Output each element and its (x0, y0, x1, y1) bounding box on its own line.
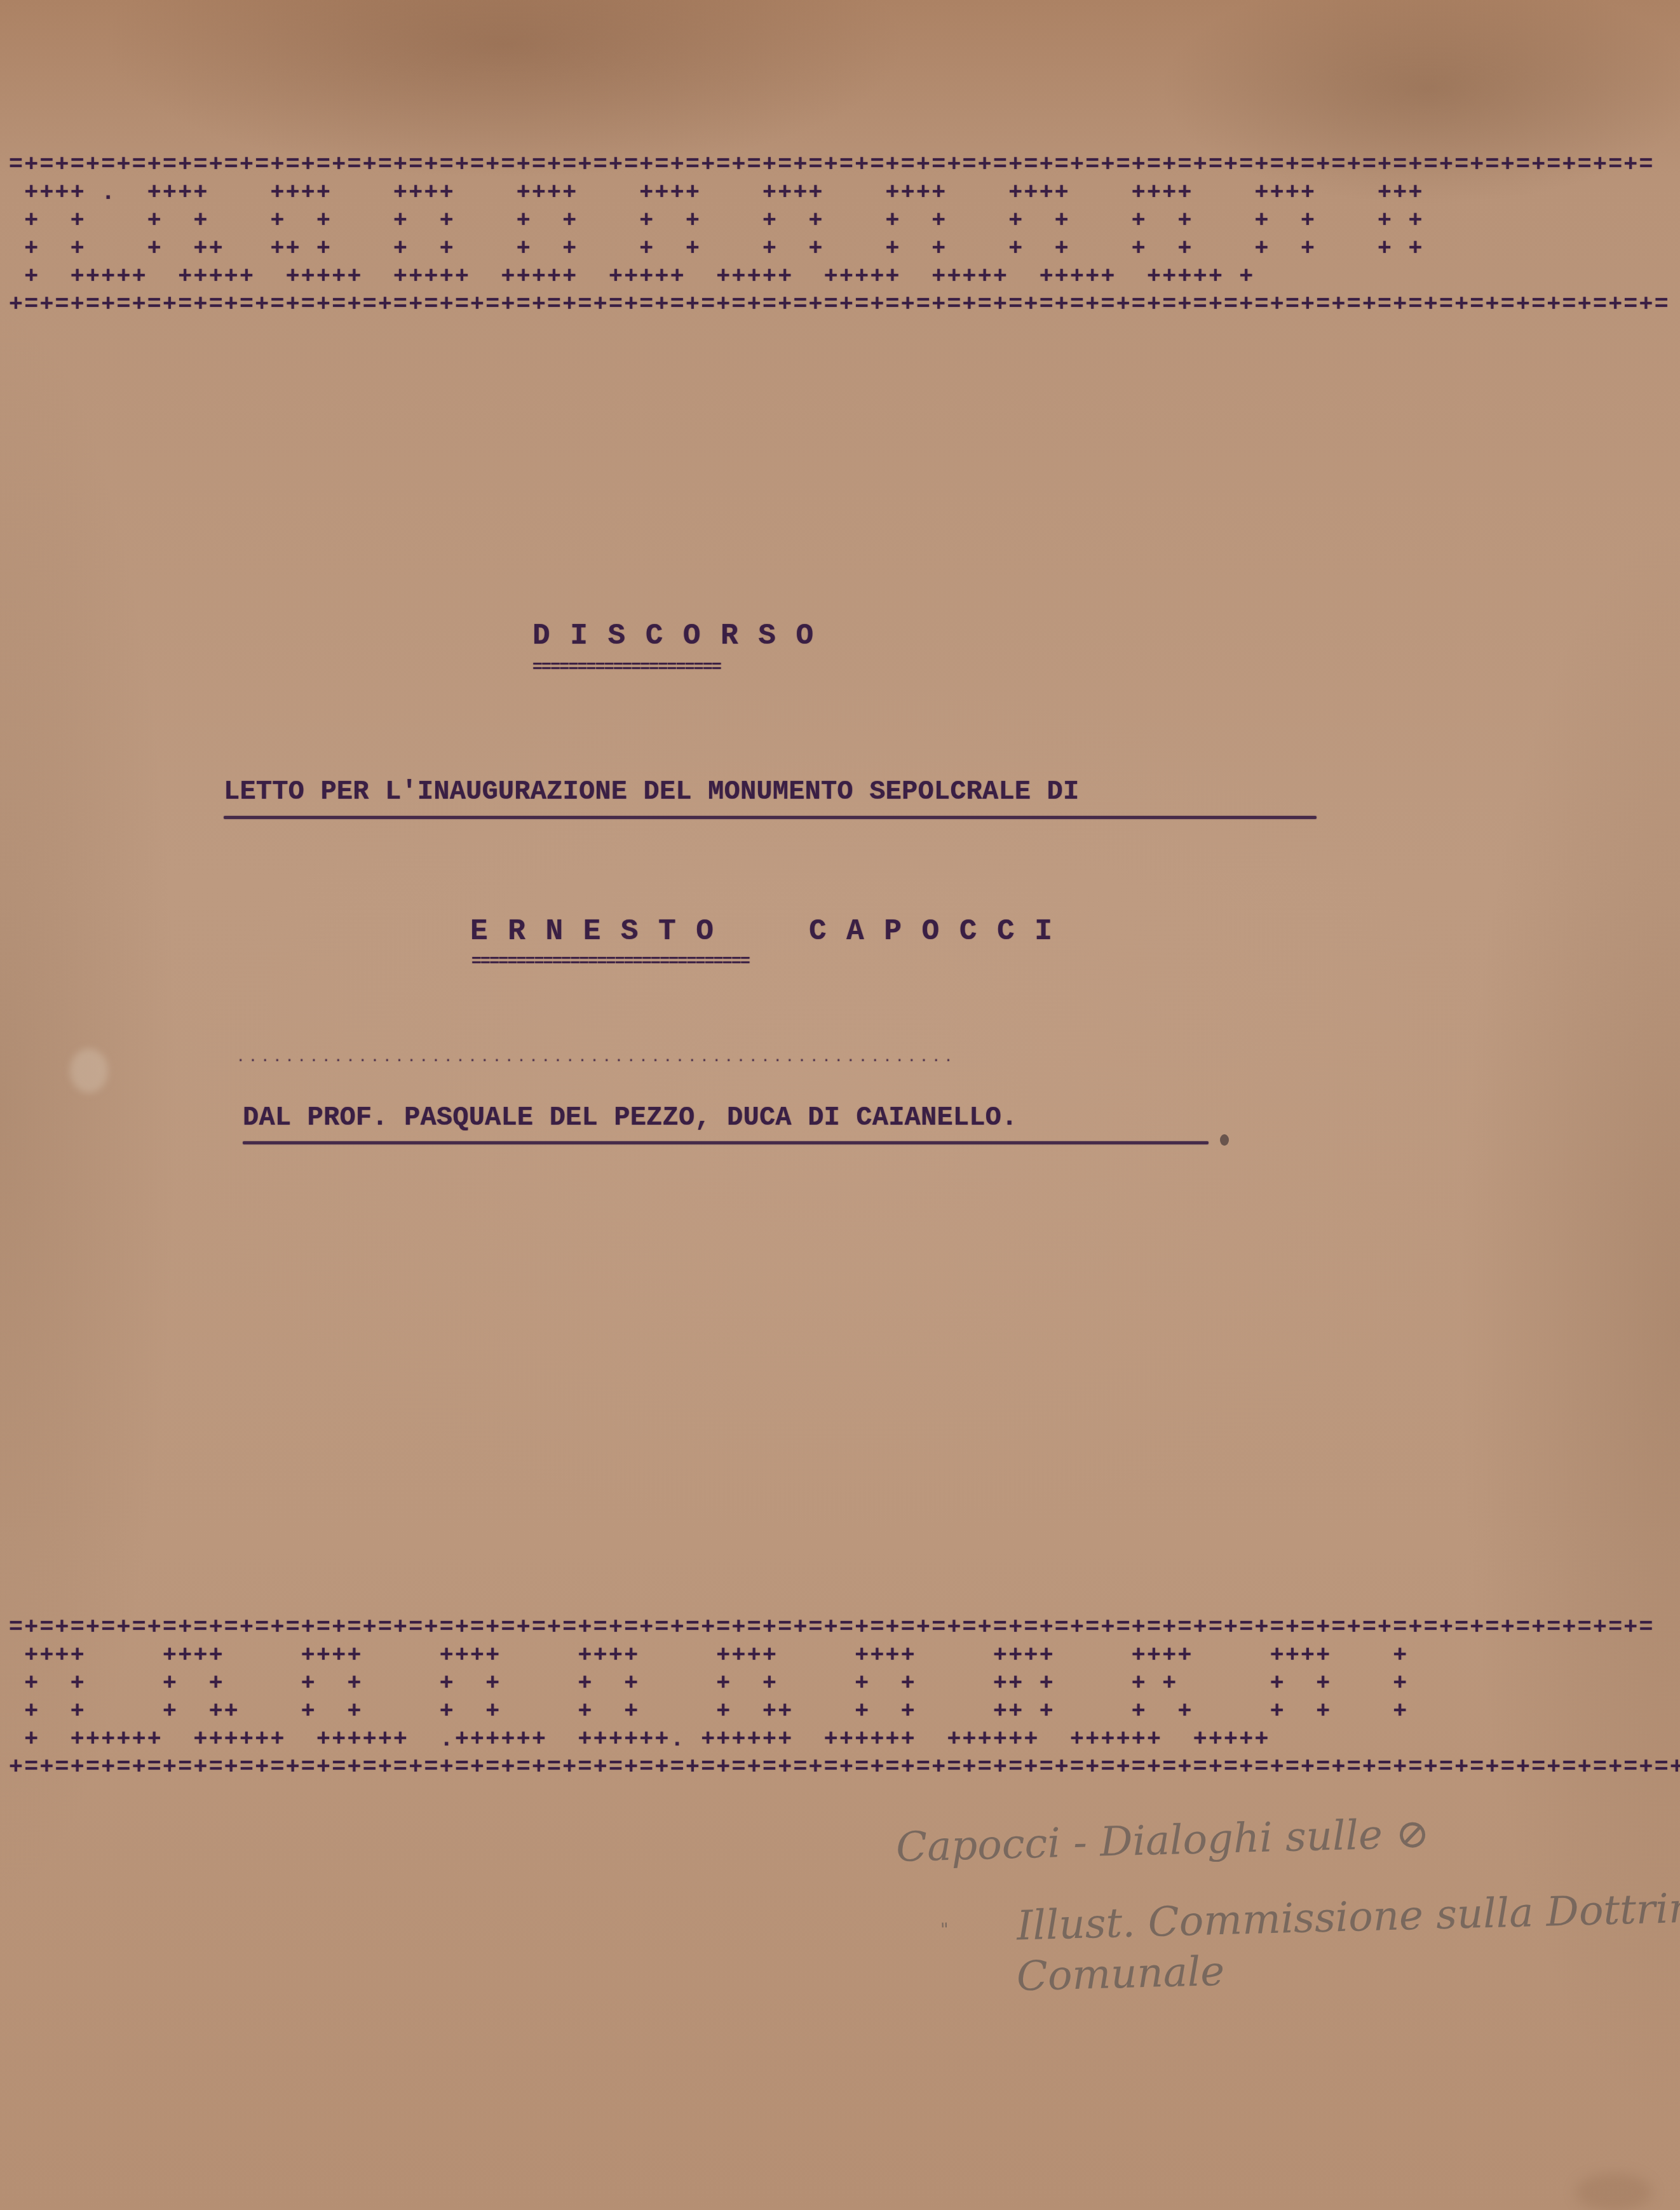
pencil-mark: " (940, 1919, 949, 1940)
border-row: + ++++++ ++++++ ++++++ .++++++ ++++++. +… (9, 1726, 1648, 1754)
document-title: D I S C O R S O (532, 620, 815, 653)
border-row: +=+=+=+=+=+=+=+=+=+=+=+=+=+=+=+=+=+=+=+=… (9, 1754, 1648, 1782)
border-row: ++++ . ++++ ++++ ++++ ++++ ++++ ++++ +++… (9, 179, 1648, 207)
border-row: + + + ++ + + + + + + + ++ + + ++ + + + +… (9, 1698, 1648, 1726)
border-row: ++++ ++++ ++++ ++++ ++++ ++++ ++++ ++++ … (9, 1642, 1648, 1670)
border-row: +=+=+=+=+=+=+=+=+=+=+=+=+=+=+=+=+=+=+=+=… (9, 291, 1648, 319)
bottom-decorative-border: =+=+=+=+=+=+=+=+=+=+=+=+=+=+=+=+=+=+=+=+… (9, 1614, 1648, 1782)
honoree-name: E R N E S T O C A P O C C I (470, 915, 1053, 948)
top-decorative-border: =+=+=+=+=+=+=+=+=+=+=+=+=+=+=+=+=+=+=+=+… (9, 151, 1648, 319)
subtitle-underline (224, 816, 1317, 819)
border-row: + + + + + + + + + + + + + + + + + + + + … (9, 207, 1648, 235)
author-underline (243, 1141, 1209, 1144)
border-row: =+=+=+=+=+=+=+=+=+=+=+=+=+=+=+=+=+=+=+=+… (9, 1614, 1648, 1642)
name-underline: =============================== (471, 952, 749, 971)
border-row: + + + ++ ++ + + + + + + + + + + + + + + … (9, 235, 1648, 263)
author-line: DAL PROF. PASQUALE DEL PEZZO, DUCA DI CA… (243, 1102, 1017, 1133)
document-subtitle: LETTO PER L'INAUGURAZIONE DEL MONUMENTO … (224, 776, 1079, 807)
border-row: + +++++ +++++ +++++ +++++ +++++ +++++ ++… (9, 263, 1648, 291)
border-row: + + + + + + + + + + + + + + ++ + + + + +… (9, 1670, 1648, 1698)
border-row: =+=+=+=+=+=+=+=+=+=+=+=+=+=+=+=+=+=+=+=+… (9, 151, 1648, 179)
title-underline: ===================== (532, 658, 721, 677)
faint-dotted-line: ........................................… (236, 1050, 956, 1066)
pencil-note-line: Comunale (1016, 1948, 1225, 2001)
